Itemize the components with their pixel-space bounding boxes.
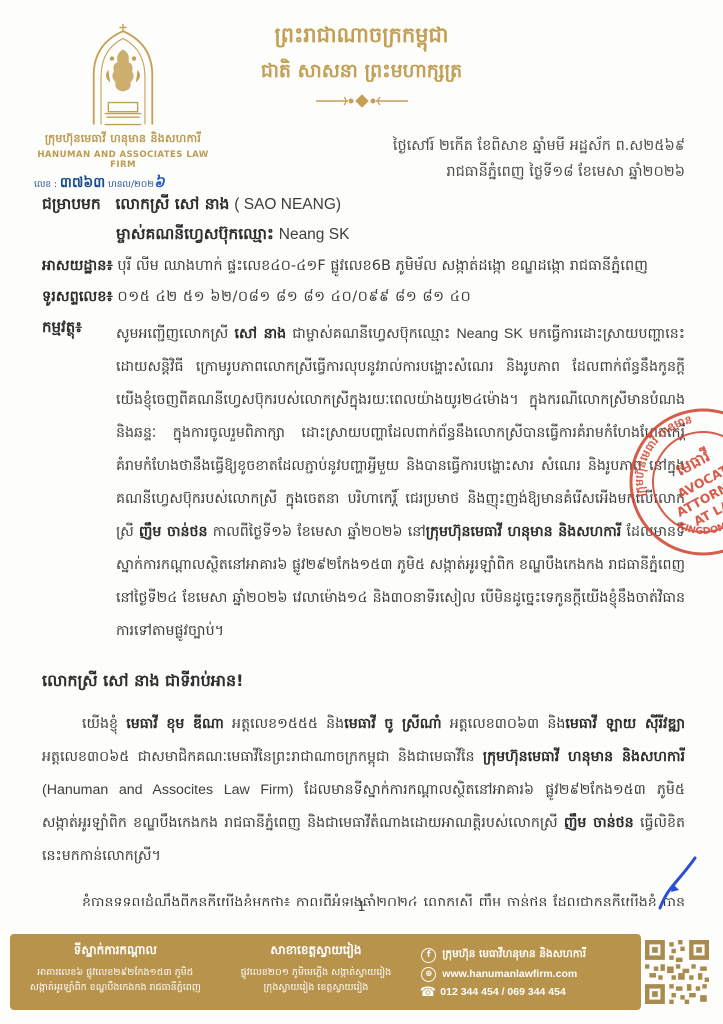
footer-contact: f ក្រុមហ៊ុន មេធាវីហនុមាន និងសហការី ⊕ www…	[421, 942, 631, 1004]
to-label: ជម្រាបមក	[42, 195, 101, 213]
phone-label: ទូរសព្ទលេខ៖	[42, 289, 113, 305]
account-name: Neang SK	[279, 226, 350, 243]
footer: ទីស្នាក់ការកណ្តាល អាគារលេខ៦ ផ្លូវលេខ២៩២ក…	[10, 934, 713, 1010]
ref-handwritten-digit: ៦	[154, 173, 165, 191]
kingdom-motto-block: ព្រះរាជាណាចក្រកម្ពុជា ជាតិ សាសនា ព្រះមហា…	[0, 22, 723, 112]
phone-numbers: 012 344 454 / 069 344 454	[440, 986, 566, 998]
facebook-page-name: ក្រុមហ៊ុន មេធាវីហនុមាន និងសហការី	[442, 948, 586, 963]
qr-code-container	[641, 934, 713, 1010]
nation-religion-king: ជាតិ សាសនា ព្រះមហាក្សត្រ	[0, 59, 723, 87]
subject-text: សូមអញ្ជើញលោកស្រី សៅ នាង ជាម្ចាស់គណនីហ្វេ…	[116, 318, 685, 648]
kingdom-title: ព្រះរាជាណាចក្រកម្ពុជា	[0, 22, 723, 53]
salutation: លោកស្រី សៅ នាង ជាទីរាប់អាន!	[42, 670, 685, 694]
lunar-date-line: ថ្ងៃសៅរ៍ ២កើត ខែពិសាខ ឆ្នាំមមី អដ្ឋស័ក ព…	[393, 133, 685, 159]
phone-value: ០១៥ ៤២ ៥១ ៦២/០៨១ ៨១ ៨១ ៤០/០៩៩ ៨១ ៨១ ៤០	[117, 289, 471, 305]
website-url: www.hanumanlawfirm.com	[442, 968, 577, 980]
address-label: អាសយដ្ឋាន៖	[42, 258, 113, 274]
head-office-address-1: អាគារលេខ៦ ផ្លូវលេខ២៩២កែង១៥៣ ភូមិ៥	[20, 965, 211, 980]
firm-name-khmer: ក្រុមហ៊ុនមេធាវី ហនុមាន និងសហការី	[28, 132, 218, 148]
reference-number-line: លេខ : ៣៧៦៣ ហនល/២០២៦	[28, 173, 218, 195]
branch-address-2: ក្រុងស្វាយរៀង ខេត្តស្វាយរៀង	[221, 980, 412, 995]
civil-date-line: រាជធានីភ្នំពេញ ថ្ងៃទី១៨ ខែមេសា ឆ្នាំ២០២៦	[393, 159, 685, 185]
ornament-divider-icon	[0, 93, 723, 112]
subject-label: កម្មវត្ថុ៖	[42, 318, 116, 648]
phone-icon: ☎	[421, 986, 434, 999]
letter-page: { "colors": { "gold": "#b8934b", "logo_g…	[0, 0, 723, 1024]
ref-prefix: លេខ :	[34, 180, 57, 190]
head-office-heading: ទីស្នាក់ការកណ្តាល	[20, 942, 211, 960]
facebook-row: f ក្រុមហ៊ុន មេធាវីហនុមាន និងសហការី	[421, 948, 631, 963]
footer-head-office: ទីស្នាក់ការកណ្តាល អាគារលេខ៦ ផ្លូវលេខ២៩២ក…	[20, 942, 211, 1004]
ref-suffix: ហនល/២០២	[108, 180, 154, 190]
account-label: ម្ចាស់គណនីហ្វេសប៊ុកឈ្មោះ	[116, 225, 274, 243]
dateline: ថ្ងៃសៅរ៍ ២កើត ខែពិសាខ ឆ្នាំមមី អដ្ឋស័ក ព…	[393, 133, 685, 185]
facebook-icon: f	[421, 948, 436, 963]
qr-code	[645, 940, 709, 1004]
facebook-account-line: ម្ចាស់គណនីហ្វេសប៊ុកឈ្មោះ Neang SK	[116, 224, 685, 247]
globe-icon: ⊕	[421, 967, 436, 982]
paragraph-lawyers: យើងខ្ញុំ មេធាវី ខុម ឌីណា អត្តលេខ១៥៥៥ និង…	[42, 708, 685, 873]
footer-branch-office: សាខាខេត្តស្វាយរៀង ផ្លូវលេខ២០១ ភូមិមេភ្លើ…	[221, 942, 412, 1004]
recipient-name-khmer: លោកស្រី សៅ នាង	[116, 195, 230, 213]
phone-line: ទូរសព្ទលេខ៖ ០១៥ ៤២ ៥១ ៦២/០៨១ ៨១ ៨១ ៤០/០៩…	[42, 285, 685, 309]
website-row: ⊕ www.hanumanlawfirm.com	[421, 967, 631, 982]
address-line: អាសយដ្ឋាន៖ បុរី លីម ឈាងហាក់ ផ្ទះលេខ៤០-៤១…	[42, 254, 685, 278]
branch-address-1: ផ្លូវលេខ២០១ ភូមិមេភ្លើង សង្កាត់ស្វាយរៀង	[221, 965, 412, 980]
recipient-name-english: ( SAO NEANG)	[234, 196, 341, 213]
footer-gold-bar: ទីស្នាក់ការកណ្តាល អាគារលេខ៦ ផ្លូវលេខ២៩២ក…	[10, 934, 641, 1010]
svg-text:AT LAW: AT LAW	[691, 491, 723, 529]
address-value: បុរី លីម ឈាងហាក់ ផ្ទះលេខ៤០-៤១F ផ្លូវលេខ6…	[117, 258, 648, 274]
head-office-address-2: សង្កាត់អូរឡាំពិក ខណ្ឌបឹងកេងកង រាជធានីភ្ន…	[20, 980, 211, 995]
recipient-line: ជម្រាបមក លោកស្រី សៅ នាង ( SAO NEANG)	[42, 194, 685, 217]
firm-name-english: HANUMAN AND ASSOCIATES LAW FIRM	[28, 150, 218, 170]
ref-number: ៣៧៦៣	[60, 175, 105, 191]
branch-heading: សាខាខេត្តស្វាយរៀង	[221, 942, 412, 960]
letter-body: ជម្រាបមក លោកស្រី សៅ នាង ( SAO NEANG) ម្ច…	[42, 194, 685, 906]
page-number: 1	[0, 900, 723, 915]
phone-row: ☎ 012 344 454 / 069 344 454	[421, 986, 631, 999]
subject-block: កម្មវត្ថុ៖ សូមអញ្ជើញលោកស្រី សៅ នាង ជាម្ច…	[42, 318, 685, 648]
